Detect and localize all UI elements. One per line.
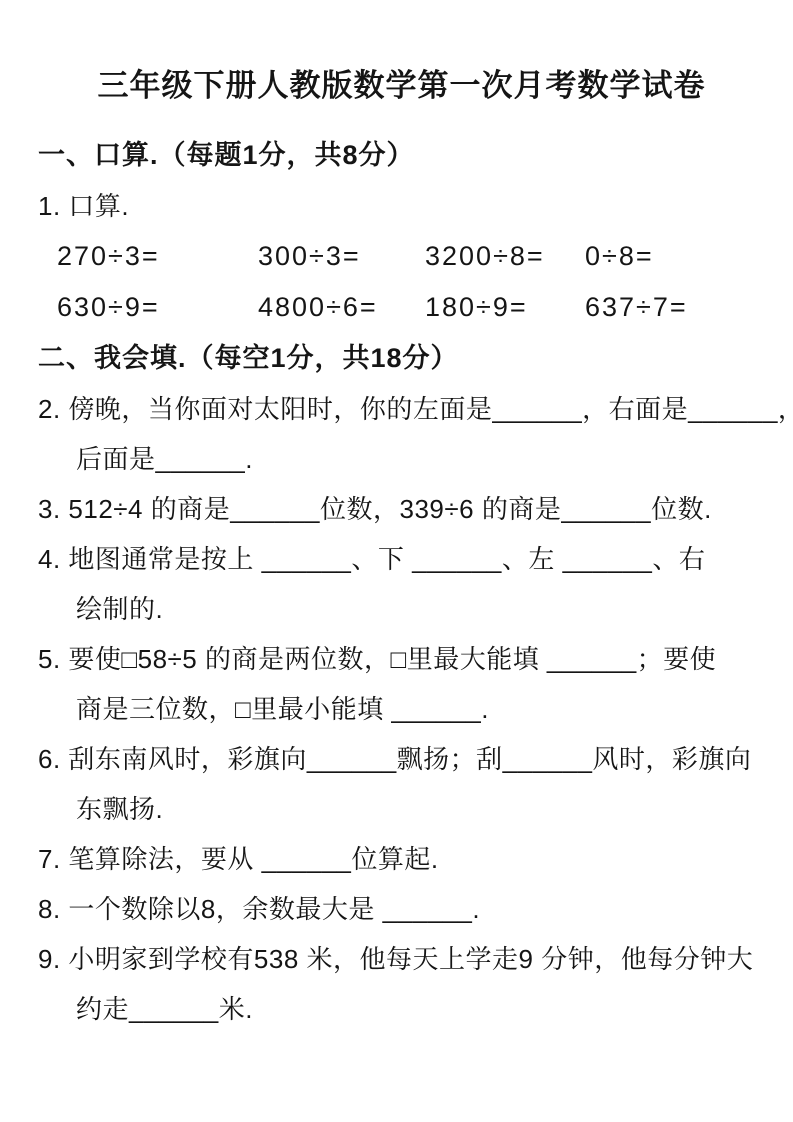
question-8-line-1: 8. 一个数除以8，余数最大是 ______. — [38, 884, 765, 934]
page-title: 三年级下册人教版数学第一次月考数学试卷 — [38, 64, 765, 108]
section2-heading: 二、我会填.（每空1分，共18分） — [38, 333, 765, 384]
question-1-label: 1. 口算. — [38, 181, 765, 231]
question-6: 6. 刮东南风时，彩旗向______飘扬；刮______风时，彩旗向 东飘扬. — [38, 734, 765, 834]
question-4-line-1: 4. 地图通常是按上 ______、下 ______、左 ______、右 — [38, 534, 765, 584]
question-8: 8. 一个数除以8，余数最大是 ______. — [38, 884, 765, 934]
question-2-line-2: 后面是______. — [38, 434, 765, 484]
question-5-line-2: 商是三位数，□里最小能填 ______. — [38, 684, 765, 734]
calc-item: 180÷9= — [425, 282, 585, 333]
calc-item: 3200÷8= — [425, 231, 585, 282]
question-3-line-1: 3. 512÷4 的商是______位数，339÷6 的商是______位数. — [38, 484, 765, 534]
exam-paper: 三年级下册人教版数学第一次月考数学试卷 一、口算.（每题1分，共8分） 1. 口… — [0, 0, 793, 1122]
question-9: 9. 小明家到学校有538 米，他每天上学走9 分钟，他每分钟大 约走_____… — [38, 934, 765, 1034]
oral-calc-row-2: 630÷9= 4800÷6= 180÷9= 637÷7= — [57, 282, 765, 333]
section1-heading: 一、口算.（每题1分，共8分） — [38, 130, 765, 181]
question-6-line-1: 6. 刮东南风时，彩旗向______飘扬；刮______风时，彩旗向 — [38, 734, 765, 784]
calc-item: 637÷7= — [585, 282, 765, 333]
question-2: 2. 傍晚，当你面对太阳时，你的左面是______，右面是______， 后面是… — [38, 384, 765, 484]
oral-calc-row-1: 270÷3= 300÷3= 3200÷8= 0÷8= — [57, 231, 765, 282]
question-6-line-2: 东飘扬. — [38, 784, 765, 834]
question-9-line-2: 约走______米. — [38, 984, 765, 1034]
question-9-line-1: 9. 小明家到学校有538 米，他每天上学走9 分钟，他每分钟大 — [38, 934, 765, 984]
calc-item: 4800÷6= — [258, 282, 425, 333]
question-5-line-1: 5. 要使□58÷5 的商是两位数，□里最大能填 ______；要使 — [38, 634, 765, 684]
question-3: 3. 512÷4 的商是______位数，339÷6 的商是______位数. — [38, 484, 765, 534]
calc-item: 0÷8= — [585, 231, 765, 282]
calc-item: 270÷3= — [57, 231, 258, 282]
calc-item: 300÷3= — [258, 231, 425, 282]
question-7-line-1: 7. 笔算除法，要从 ______位算起. — [38, 834, 765, 884]
question-4: 4. 地图通常是按上 ______、下 ______、左 ______、右 绘制… — [38, 534, 765, 634]
question-2-line-1: 2. 傍晚，当你面对太阳时，你的左面是______，右面是______， — [38, 384, 765, 434]
question-5: 5. 要使□58÷5 的商是两位数，□里最大能填 ______；要使 商是三位数… — [38, 634, 765, 734]
question-7: 7. 笔算除法，要从 ______位算起. — [38, 834, 765, 884]
question-4-line-2: 绘制的. — [38, 584, 765, 634]
calc-item: 630÷9= — [57, 282, 258, 333]
